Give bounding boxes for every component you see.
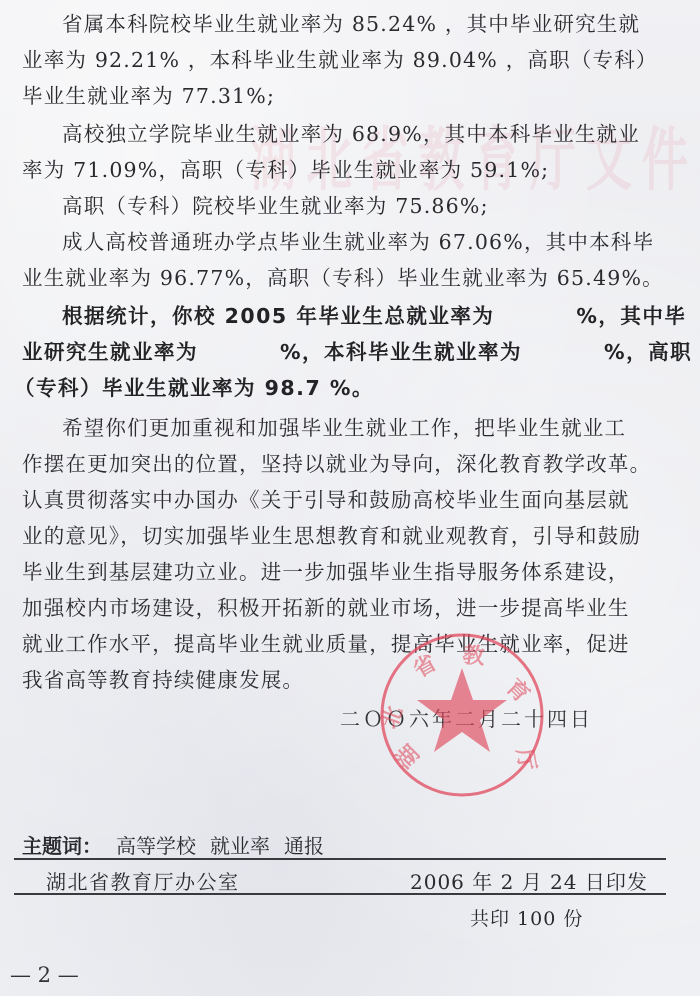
paragraph-1-line-2: 业率为 92.21% ，本科毕业生就业率为 89.04% ，高职（专科） — [22, 50, 658, 71]
paragraph-4-line-2: 业生就业率为 96.77%，高职（专科）毕业生就业率为 65.49%。 — [22, 268, 664, 289]
paragraph-6-line-4: 业的意见》，切实加强毕业生思想教育和就业观教育，引导和鼓励 — [22, 526, 641, 547]
paragraph-6-line-6: 加强校内市场建设，积极开拓新的就业市场，进一步提高毕业生 — [22, 598, 630, 619]
paragraph-1-line-1: 省属本科院校毕业生就业率为 85.24% ，其中毕业研究生就 — [62, 14, 640, 35]
p5-line1-text-a: 根据统计，你校 2005 年毕业生总就业率为 — [62, 304, 494, 328]
svg-text:厅: 厅 — [511, 747, 539, 773]
signature-date: 二ＯＯ六年二月二十四日 — [340, 703, 593, 732]
keyword-3: 通报 — [284, 834, 324, 858]
paragraph-3-line-1: 高职（专科）院校毕业生就业率为 75.86%; — [62, 196, 489, 217]
p5-line2-text-b: %，本科毕业生就业率为 — [280, 340, 522, 364]
print-copies: 共印 100 份 — [470, 904, 583, 931]
paragraph-5-line-3: （专科）毕业生就业率为 98.7 %。 — [14, 378, 374, 399]
paragraph-6-line-3: 认真贯彻落实中办国办《关于引导和鼓励高校毕业生面向基层就 — [22, 490, 630, 511]
divider-bottom — [14, 893, 666, 895]
page-number: — 2 — — [10, 963, 79, 987]
p5-line2-text-c: %，高职 — [604, 340, 692, 364]
keywords-line: 主题词：高等学校就业率通报 — [22, 830, 324, 859]
paragraph-6-line-7: 就业工作水平，提高毕业生就业质量，提高毕业生就业率，促进 — [22, 634, 630, 655]
paragraph-6-line-5: 毕业生到基层建功立业。进一步加强毕业生指导服务体系建设， — [22, 562, 630, 583]
paragraph-2-line-2: 率为 71.09%，高职（专科）毕业生就业率为 59.1%; — [22, 160, 549, 181]
divider-top — [14, 858, 666, 860]
paragraph-6-line-1: 希望你们更加重视和加强毕业生就业工作，把毕业生就业工 — [62, 418, 626, 439]
svg-text:湖: 湖 — [392, 741, 425, 774]
issuing-office: 湖北省教育厅办公室 — [46, 866, 240, 895]
keywords-label: 主题词： — [22, 834, 102, 858]
paragraph-2-line-1: 高校独立学院毕业生就业率为 68.9%，其中本科毕业生就业 — [62, 124, 640, 145]
paragraph-5-line-2: 业研究生就业率为%，本科毕业生就业率为%，高职 — [22, 342, 692, 363]
p5-line2-text-a: 业研究生就业率为 — [22, 340, 198, 364]
paragraph-4-line-1: 成人高校普通班办学点毕业生就业率为 67.06%，其中本科毕 — [62, 232, 654, 253]
issue-date: 2006 年 2 月 24 日印发 — [410, 866, 648, 895]
paragraph-5-line-1: 根据统计，你校 2005 年毕业生总就业率为%，其中毕 — [62, 306, 686, 327]
paragraph-1-line-3: 毕业生就业率为 77.31%; — [22, 86, 275, 107]
p5-line1-text-b: %，其中毕 — [576, 304, 686, 328]
keyword-2: 就业率 — [210, 834, 270, 858]
bleed-through-text: 湖北省教育厅文件 — [250, 106, 698, 205]
paragraph-6-line-8: 我省高等教育持续健康发展。 — [22, 670, 304, 691]
keyword-1: 高等学校 — [116, 834, 196, 858]
paragraph-6-line-2: 作摆在更加突出的位置，坚持以就业为导向，深化教育教学改革。 — [22, 454, 651, 475]
